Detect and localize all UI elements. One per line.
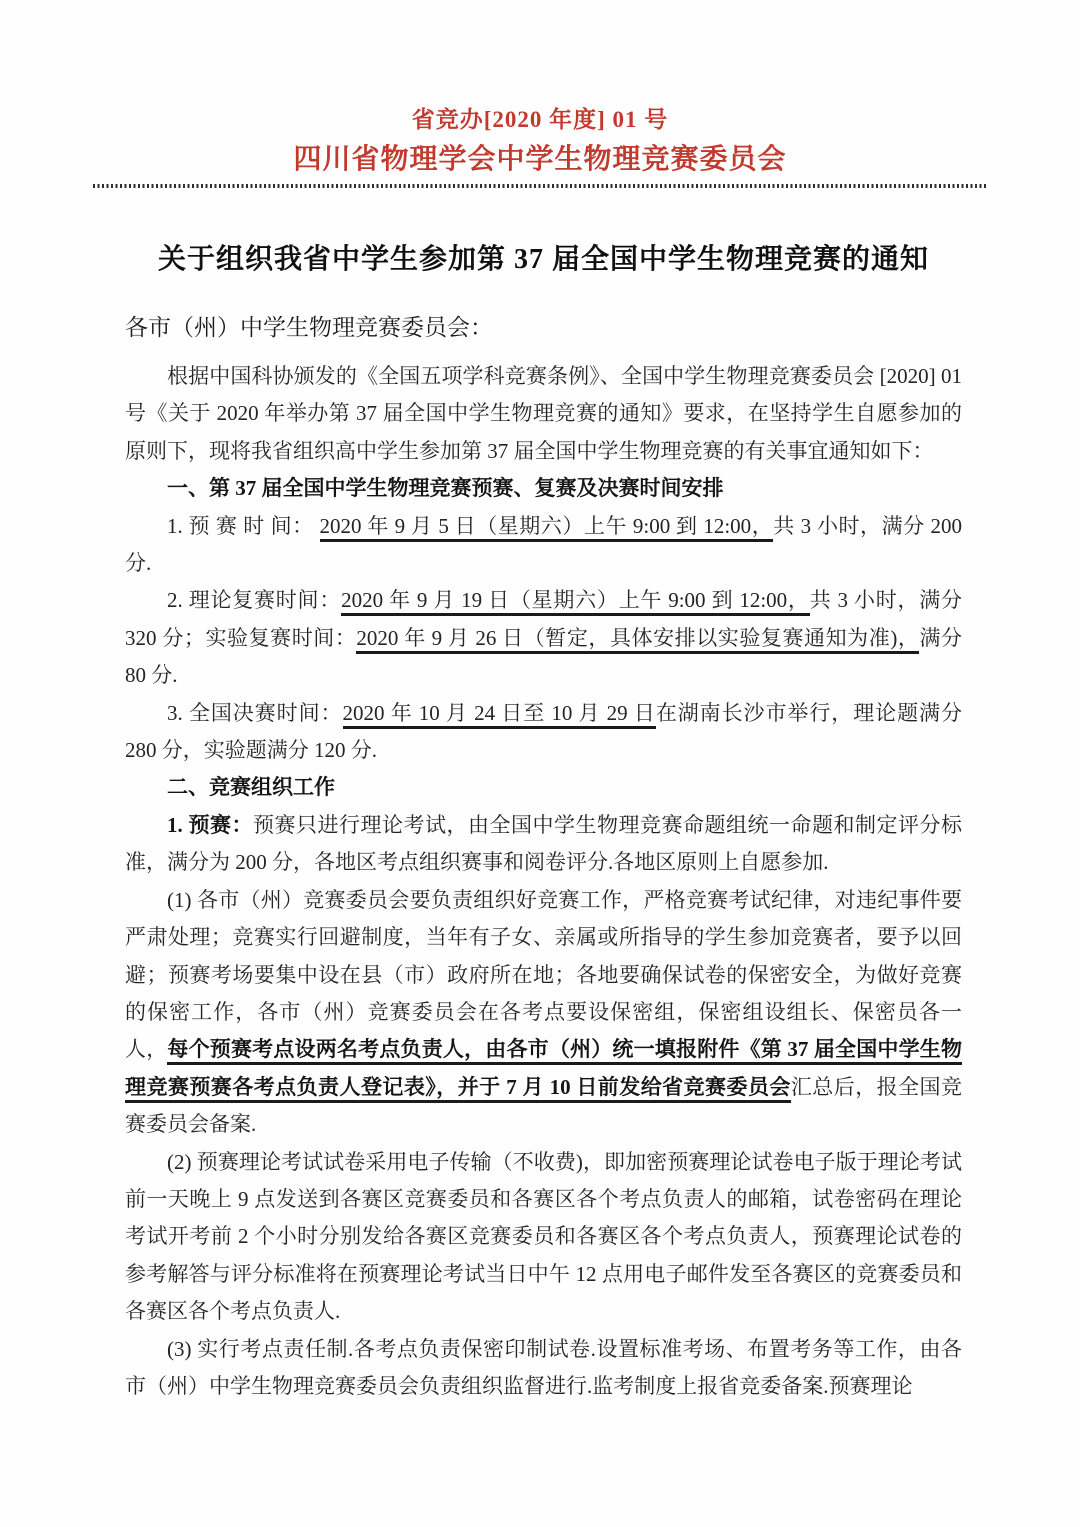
letterhead-divider [93,184,987,188]
section-2-heading: 二、竞赛组织工作 [125,769,962,806]
document-content: 关于组织我省中学生参加第 37 届全国中学生物理竞赛的通知 各市（州）中学生物理… [93,240,987,1405]
text-segment: 2020 年 9 月 26 日（暂定，具体安排以实验复赛通知为准)， [356,626,919,654]
org-item-3: (3) 实行考点责任制.各考点负责保密印制试卷.设置标准考场、布置考务等工作，由… [125,1331,962,1406]
doc-number: 省竞办[2020 年度] 01 号 [93,104,987,136]
text-segment: 2. 理论复赛时间： [167,588,341,612]
issuing-org-name: 四川省物理学会中学生物理竞赛委员会 [93,140,987,180]
intro-paragraph: 根据中国科协颁发的《全国五项学科竞赛条例》、全国中学生物理竞赛委员会 [2020… [125,358,962,470]
text-segment: 2020 年 9 月 5 日（星期六）上午 9:00 到 12:00， [320,514,774,542]
document-page: 省竞办[2020 年度] 01 号 四川省物理学会中学生物理竞赛委员会 关于组织… [0,0,1080,1527]
section-1-heading: 一、第 37 届全国中学生物理竞赛预赛、复赛及决赛时间安排 [125,470,962,507]
letterhead: 省竞办[2020 年度] 01 号 四川省物理学会中学生物理竞赛委员会 [93,104,987,180]
text-segment: 一、第 37 届全国中学生物理竞赛预赛、复赛及决赛时间安排 [167,476,724,500]
document-title: 关于组织我省中学生参加第 37 届全国中学生物理竞赛的通知 [125,240,962,280]
text-segment: 1. 预 赛 时 间： [167,514,320,538]
text-segment: (1) 各市（州）竞赛委员会要负责组织好竞赛工作，严格竞赛考试纪律，对违纪事件要… [125,888,962,1062]
salutation: 各市（州）中学生物理竞赛委员会： [125,308,962,348]
text-segment: (3) 实行考点责任制.各考点负责保密印制试卷.设置标准考场、布置考务等工作，由… [125,1337,962,1398]
org-item-1: (1) 各市（州）竞赛委员会要负责组织好竞赛工作，严格竞赛考试纪律，对违纪事件要… [125,882,962,1144]
text-segment: 二、竞赛组织工作 [167,775,335,799]
final-time-item: 3. 全国决赛时间：2020 年 10 月 24 日至 10 月 29 日在湖南… [125,695,962,770]
preliminary-description: 1. 预赛：预赛只进行理论考试，由全国中学生物理竞赛命题组统一命题和制定评分标准… [125,807,962,882]
text-segment: 3. 全国决赛时间： [167,701,343,725]
text-segment: 2020 年 9 月 19 日（星期六）上午 9:00 到 12:00， [341,588,810,616]
text-segment: 根据中国科协颁发的《全国五项学科竞赛条例》、全国中学生物理竞赛委员会 [2020… [125,364,962,463]
text-segment: 1. 预赛： [167,813,253,837]
semifinal-time-item: 2. 理论复赛时间：2020 年 9 月 19 日（星期六）上午 9:00 到 … [125,582,962,694]
org-item-2: (2) 预赛理论考试试卷采用电子传输（不收费)，即加密预赛理论试卷电子版于理论考… [125,1144,962,1331]
text-segment: 2020 年 10 月 24 日至 10 月 29 日 [343,701,656,729]
document-body: 根据中国科协颁发的《全国五项学科竞赛条例》、全国中学生物理竞赛委员会 [2020… [125,358,962,1405]
preliminary-time-item: 1. 预 赛 时 间： 2020 年 9 月 5 日（星期六）上午 9:00 到… [125,508,962,583]
text-segment: (2) 预赛理论考试试卷采用电子传输（不收费)，即加密预赛理论试卷电子版于理论考… [125,1150,962,1324]
